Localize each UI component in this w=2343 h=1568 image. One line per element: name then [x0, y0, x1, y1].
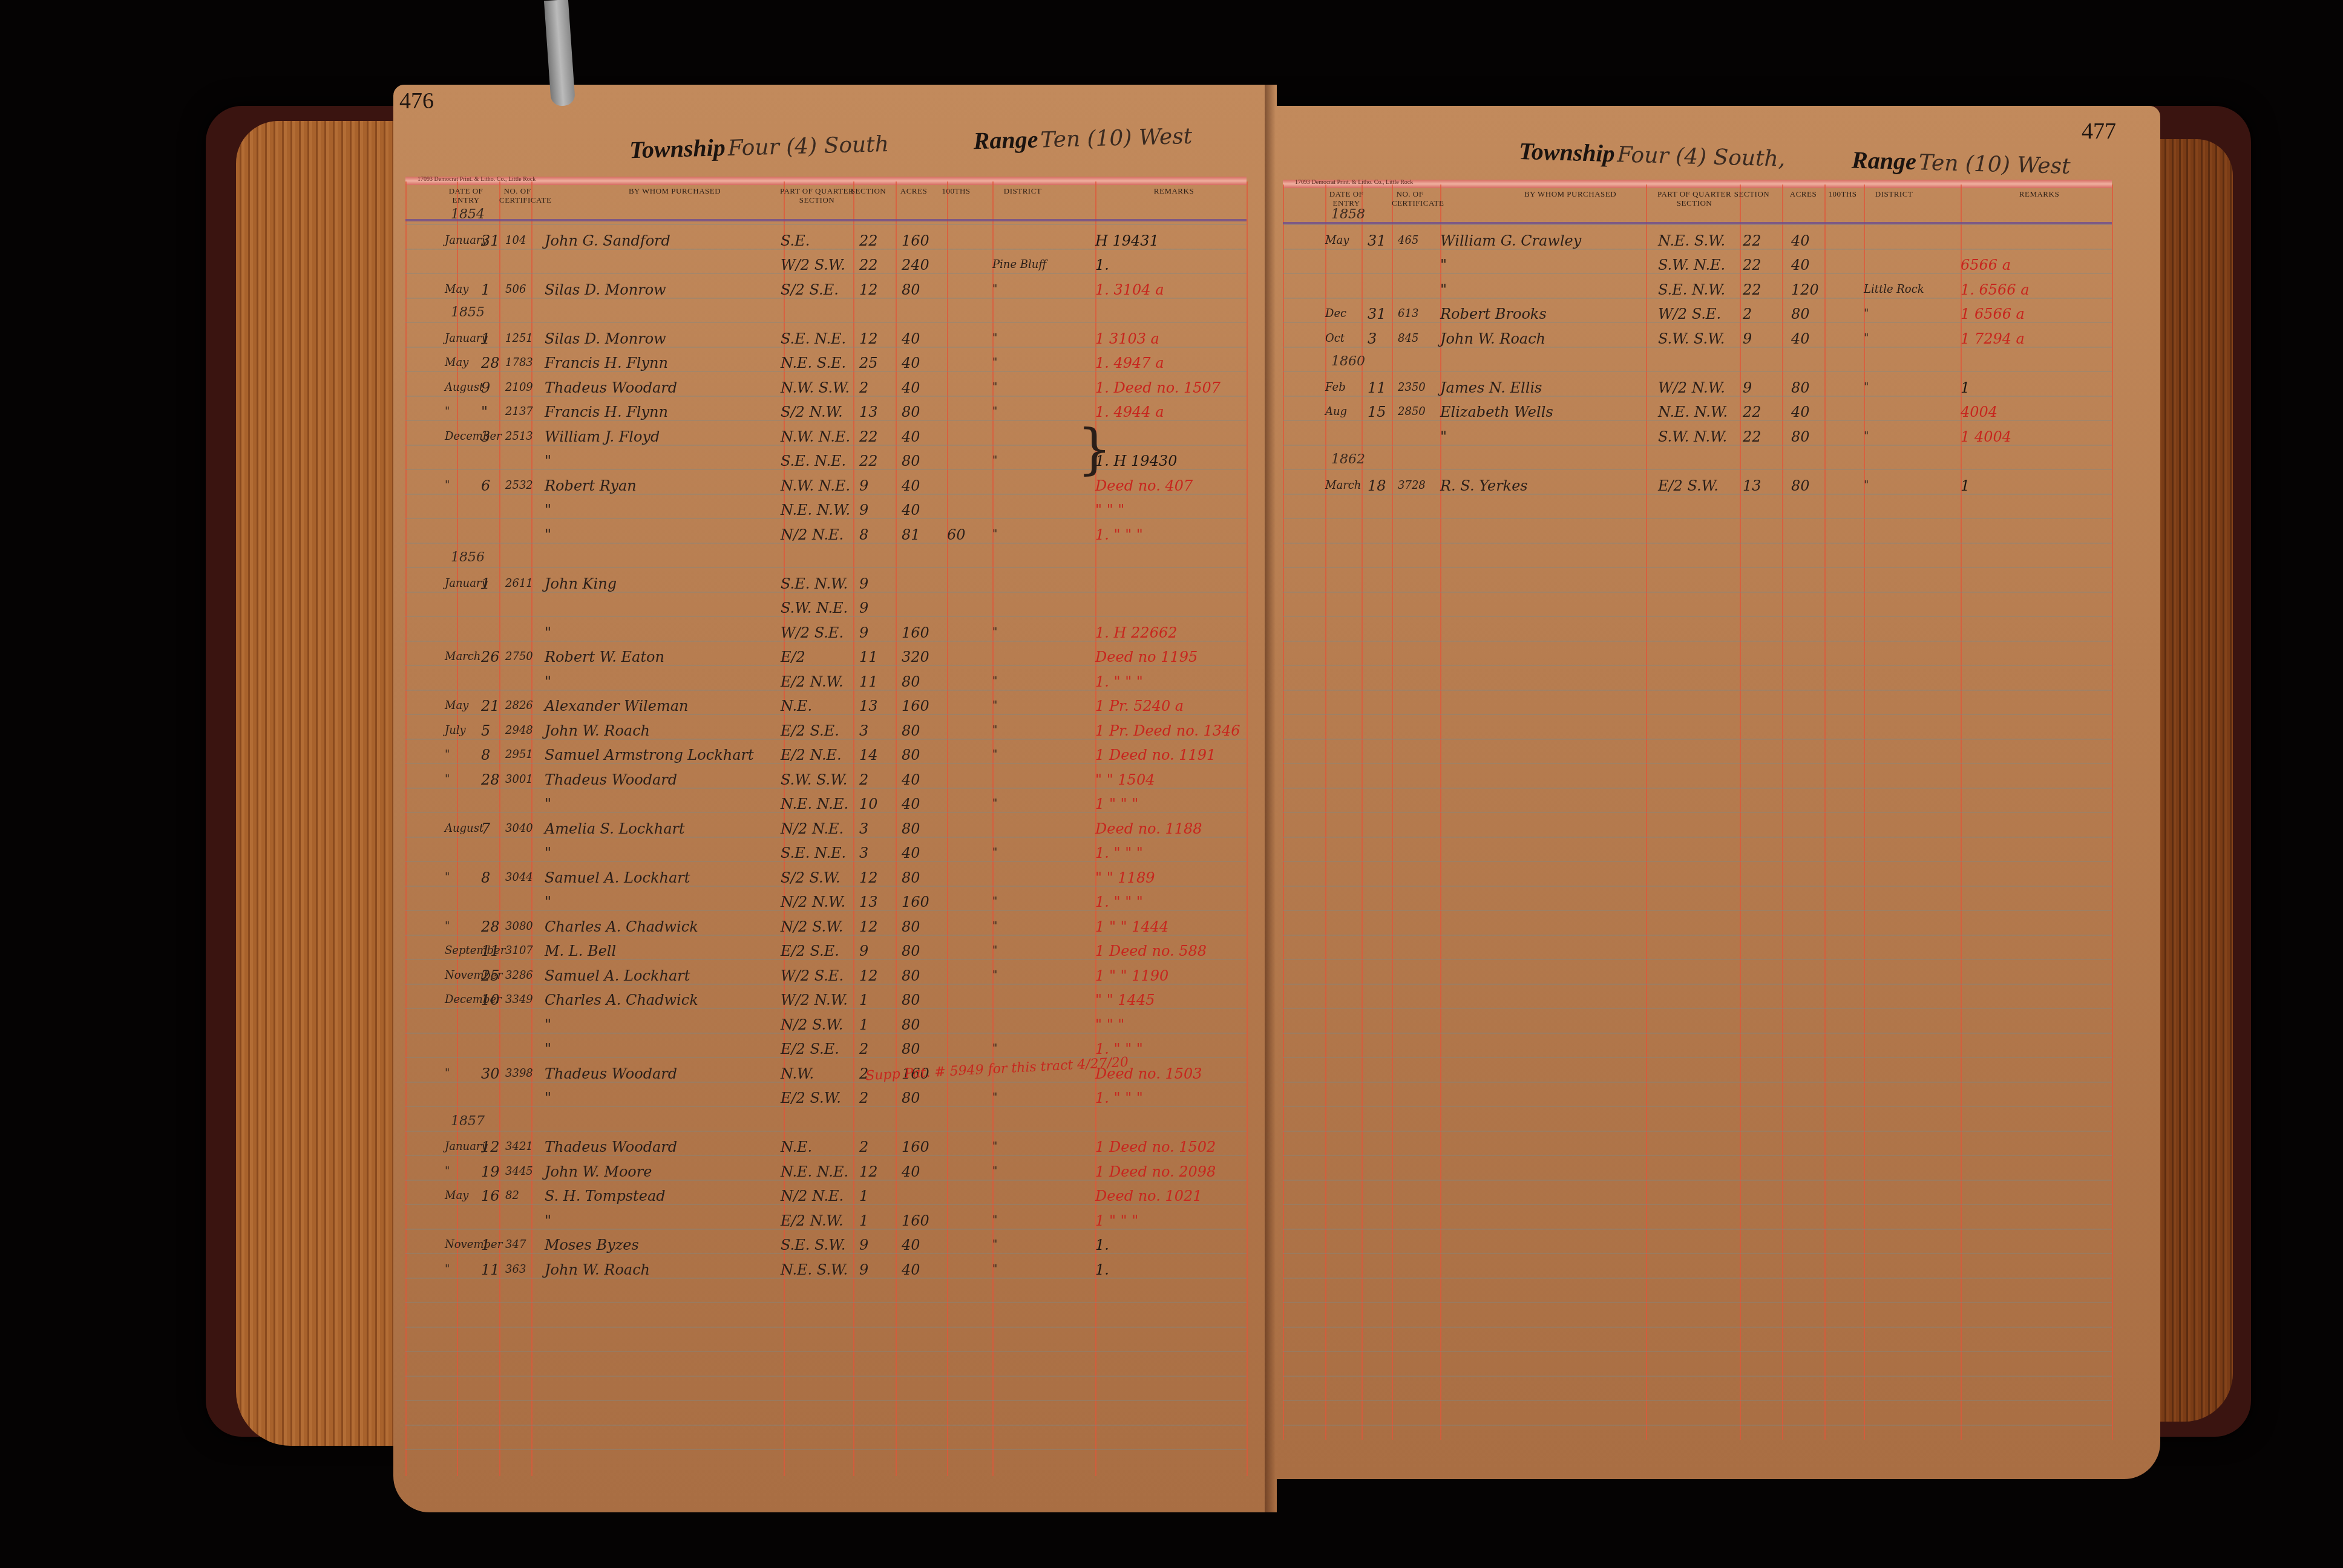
entry-section: 1: [859, 991, 868, 1009]
entry-quarter-section: N/2 S.W.: [781, 1016, 843, 1034]
entry-section: 9: [859, 599, 868, 617]
entry-month: Feb: [1325, 379, 1346, 397]
right-ruled-line: [1283, 518, 2112, 519]
entry-section: 10: [859, 795, 878, 813]
entry-section: 22: [1743, 281, 1761, 299]
entry-certificate: 2532: [505, 477, 533, 495]
entry-section: 13: [859, 403, 878, 421]
entry-purchaser-name: ": [545, 893, 551, 911]
entry-section: 12: [859, 330, 878, 348]
right-ruled-line: [1283, 543, 2112, 544]
entry-district: ": [1864, 305, 1869, 323]
entry-quarter-section: E/2: [781, 648, 805, 666]
entry-day: 3: [1368, 330, 1377, 348]
entry-quarter-section: E/2 S.E.: [781, 942, 839, 960]
entry-remarks: H 19431: [1095, 232, 1159, 250]
entry-day: 1: [481, 330, 490, 348]
right-ruled-line: [1283, 1376, 2112, 1377]
entry-day: 16: [481, 1187, 500, 1205]
right-ruled-line: [1283, 1229, 2112, 1230]
entry-section: 11: [859, 648, 878, 666]
entry-quarter-section: S.W. N.E.: [1658, 256, 1725, 274]
entry-month: July: [445, 722, 466, 740]
entry-district: ": [992, 746, 997, 764]
entry-quarter-section: W/2 N.W.: [1658, 379, 1725, 397]
right-ruled-line: [1283, 371, 2112, 372]
range-label: Range: [1852, 146, 1917, 175]
entry-certificate: 1251: [505, 330, 533, 348]
entry-purchaser-name: Francis H. Flynn: [545, 354, 668, 372]
entry-section: 13: [859, 697, 878, 715]
entry-day: 21: [481, 697, 500, 715]
entry-district: ": [992, 697, 997, 715]
left-column-rule: [1247, 181, 1248, 1476]
entry-day: 31: [1368, 305, 1386, 323]
entry-purchaser-name: ": [1440, 428, 1447, 446]
entry-quarter-section: E/2 S.W.: [1658, 477, 1719, 495]
entry-purchaser-name: John W. Roach: [545, 1261, 650, 1279]
entry-purchaser-name: John W. Roach: [545, 722, 650, 740]
entry-year: 1862: [1331, 452, 1365, 467]
entry-certificate: 1783: [505, 354, 533, 372]
entry-section: 2: [1743, 305, 1752, 323]
entry-remarks: 1. Deed no. 1507: [1095, 379, 1221, 397]
entry-quarter-section: W/2 S.W.: [781, 256, 845, 274]
entry-quarter-section: N/2 N.W.: [781, 893, 845, 911]
entry-certificate: 3286: [505, 967, 533, 985]
entry-section: 12: [859, 1163, 878, 1181]
entry-quarter-section: N.W. N.E.: [781, 428, 850, 446]
entry-district: ": [992, 403, 997, 421]
entry-purchaser-name: ": [545, 1016, 551, 1034]
entry-quarter-section: E/2 N.W.: [781, 673, 844, 691]
entry-acres: 160: [902, 697, 929, 715]
entry-certificate: 3421: [505, 1138, 533, 1156]
entry-section: 25: [859, 354, 878, 372]
entry-certificate: 465: [1398, 232, 1418, 250]
entry-purchaser-name: Samuel Armstrong Lockhart: [545, 746, 754, 764]
entry-section: 12: [859, 918, 878, 936]
entry-day: 6: [481, 477, 490, 495]
left-column-rule: [896, 181, 897, 1476]
right-ruled-line: [1283, 959, 2112, 960]
right-ruled-line: [1283, 886, 2112, 887]
entry-purchaser-name: Thadeus Woodard: [545, 771, 677, 789]
entry-year: 1856: [451, 550, 485, 565]
entry-certificate: 3445: [505, 1163, 533, 1181]
entry-quarter-section: W/2 S.E.: [1658, 305, 1721, 323]
entry-month: ": [445, 1261, 450, 1279]
entry-purchaser-name: ": [545, 795, 551, 813]
entry-section: 9: [859, 942, 868, 960]
entry-acres: 40: [902, 1163, 920, 1181]
entry-certificate: 3728: [1398, 477, 1426, 495]
entry-purchaser-name: John W. Moore: [545, 1163, 652, 1181]
entry-district: ": [992, 893, 997, 911]
entry-remarks: 1 " " ": [1095, 795, 1138, 813]
entry-remarks: 1 " " 1444: [1095, 918, 1168, 936]
right-page-number: 477: [2082, 118, 2116, 145]
entry-remarks: 1: [1961, 477, 1970, 495]
entry-acres: 80: [902, 403, 920, 421]
entry-purchaser-name: Thadeus Woodard: [545, 379, 677, 397]
entry-day: 15: [1368, 403, 1386, 421]
entry-purchaser-name: Thadeus Woodard: [545, 1138, 677, 1156]
right-ruled-line: [1283, 1008, 2112, 1009]
right-col-header: Part of Quarter Section: [1652, 189, 1737, 207]
entry-quarter-section: N.E. S.W.: [1658, 232, 1725, 250]
left-ruled-line: [405, 1327, 1247, 1328]
entry-quarter-section: N.E. S.W.: [781, 1261, 848, 1279]
entry-purchaser-name: ": [545, 1089, 551, 1107]
entry-remarks: 1: [1961, 379, 1970, 397]
entry-quarter-section: W/2 S.E.: [781, 624, 844, 642]
book-gutter: [1265, 85, 1283, 1512]
entry-acres: 320: [902, 648, 929, 666]
range-value: Ten (10) West: [1040, 124, 1193, 153]
left-ruled-line: [405, 567, 1247, 568]
entry-acres: 40: [902, 771, 920, 789]
right-ruled-line: [1283, 616, 2112, 617]
entry-remarks: 1. 6566 a: [1961, 281, 2030, 299]
right-ruled-line: [1283, 1278, 2112, 1279]
left-ruled-line: [405, 1131, 1247, 1132]
entry-remarks: 1. " " ": [1095, 673, 1143, 691]
entry-certificate: 3040: [505, 820, 533, 838]
right-col-header: District: [1852, 189, 1936, 198]
entry-section: 3: [859, 722, 868, 740]
entry-year: 1854: [451, 207, 485, 222]
entry-certificate: 3107: [505, 942, 533, 960]
left-column-rule: [499, 181, 500, 1476]
left-column-rule: [947, 181, 948, 1476]
entry-day: 1: [481, 575, 490, 593]
right-ruled-line: [1283, 1106, 2112, 1107]
entry-purchaser-name: ": [545, 1212, 551, 1230]
entry-month: March: [445, 648, 480, 666]
entry-certificate: 2611: [505, 575, 533, 593]
entry-acres: 40: [1791, 232, 1810, 250]
entry-month: ": [445, 746, 450, 764]
left-col-header: Remarks: [1107, 186, 1240, 195]
entry-month: Aug: [1325, 403, 1347, 421]
entry-acres: 120: [1791, 281, 1819, 299]
entry-acres: 40: [902, 428, 920, 446]
entry-purchaser-name: R. S. Yerkes: [1440, 477, 1528, 495]
entry-quarter-section: W/2 S.E.: [781, 967, 844, 985]
left-ruled-line: [405, 1302, 1247, 1303]
entry-quarter-section: N/2 N.E.: [781, 820, 844, 838]
entry-quarter-section: S/2 N.W.: [781, 403, 843, 421]
entry-day: 12: [481, 1138, 500, 1156]
entry-section: 22: [1743, 428, 1761, 446]
entry-district: Little Rock: [1864, 281, 1924, 299]
entry-acres: 40: [902, 501, 920, 519]
entry-acres: 160: [902, 232, 929, 250]
right-ruled-line: [1283, 739, 2112, 740]
entry-purchaser-name: Elizabeth Wells: [1440, 403, 1553, 421]
entry-quarter-section: S.W. S.W.: [1658, 330, 1725, 348]
entry-year: 1858: [1331, 207, 1365, 222]
right-ruled-line: [1283, 224, 2112, 225]
right-ruled-line: [1283, 665, 2112, 666]
entry-month: ": [445, 1065, 450, 1083]
entry-acres: 40: [902, 379, 920, 397]
right-ruled-line: [1283, 812, 2112, 813]
entry-purchaser-name: ": [545, 673, 551, 691]
entry-purchaser-name: Charles A. Chadwick: [545, 918, 698, 936]
entry-remarks: 1 4004: [1961, 428, 2011, 446]
entry-purchaser-name: William G. Crawley: [1440, 232, 1581, 250]
entry-month: Dec: [1325, 305, 1346, 323]
entry-certificate: 3044: [505, 869, 533, 887]
entry-acres: 80: [902, 820, 920, 838]
entry-purchaser-name: Robert Ryan: [545, 477, 637, 495]
entry-remarks: 1 Deed no. 1502: [1095, 1138, 1216, 1156]
entry-district: ": [992, 330, 997, 348]
entry-section: 13: [1743, 477, 1761, 495]
entry-purchaser-name: Amelia S. Lockhart: [545, 820, 685, 838]
entry-purchaser-name: William J. Floyd: [545, 428, 660, 446]
entry-quarter-section: N.E. N.W.: [781, 501, 850, 519]
entry-day: 28: [481, 354, 500, 372]
entry-certificate: 2109: [505, 379, 533, 397]
entry-certificate: 2750: [505, 648, 533, 666]
entry-quarter-section: N/2 N.E.: [781, 1187, 844, 1205]
entry-certificate: 347: [505, 1236, 526, 1254]
right-ruled-line: [1283, 788, 2112, 789]
left-ruled-line: [405, 322, 1247, 323]
entry-month: Oct: [1325, 330, 1345, 348]
left-page-number: 476: [399, 88, 434, 114]
entry-section: 3: [859, 844, 868, 862]
entry-day: ": [481, 403, 488, 421]
entry-acres: 80: [1791, 477, 1810, 495]
entry-quarter-section: N/2 S.W.: [781, 918, 843, 936]
entry-acres: 40: [902, 1236, 920, 1254]
entry-day: 28: [481, 771, 500, 789]
entry-section: 22: [1743, 403, 1761, 421]
entry-quarter-section: N/2 N.E.: [781, 526, 844, 544]
entry-day: 3: [481, 428, 490, 446]
left-column-rule: [405, 181, 407, 1476]
entry-acres: 80: [1791, 305, 1810, 323]
entry-purchaser-name: ": [545, 844, 551, 862]
entry-district: ": [992, 967, 997, 985]
entry-acres: 80: [902, 918, 920, 936]
entry-certificate: 2826: [505, 697, 533, 715]
right-col-header: Remarks: [1973, 189, 2106, 198]
entry-quarter-section: S.W. S.W.: [781, 771, 847, 789]
entry-day: 1: [481, 1236, 490, 1254]
left-col-header: Acres: [893, 186, 935, 195]
left-ruled-line: [405, 1449, 1247, 1450]
entry-acres: 40: [902, 330, 920, 348]
entry-section: 2: [859, 771, 868, 789]
entry-remarks: 1. " " ": [1095, 844, 1143, 862]
entry-quarter-section: S.W. N.W.: [1658, 428, 1727, 446]
entry-certificate: 613: [1398, 305, 1418, 323]
right-ruled-line: [1283, 861, 2112, 862]
entry-remarks: 1. 3104 a: [1095, 281, 1164, 299]
entry-day: 25: [481, 967, 500, 985]
entry-day: 31: [1368, 232, 1386, 250]
entry-district: ": [992, 722, 997, 740]
entry-quarter-section: E/2 N.W.: [781, 1212, 844, 1230]
entry-district: ": [992, 1089, 997, 1107]
entry-month: May: [445, 1187, 468, 1205]
entry-section: 22: [859, 428, 878, 446]
entry-acres: 80: [902, 722, 920, 740]
entry-month: May: [445, 354, 468, 372]
entry-remarks: 4004: [1961, 403, 1997, 421]
entry-section: 14: [859, 746, 878, 764]
entry-section: 9: [1743, 379, 1752, 397]
right-ruled-line: [1283, 1082, 2112, 1083]
entry-month: ": [445, 918, 450, 936]
entry-district: ": [1864, 330, 1869, 348]
entry-certificate: 2513: [505, 428, 533, 446]
entry-quarter-section: S.E. N.E.: [781, 330, 846, 348]
entry-acres: 160: [902, 1212, 929, 1230]
entry-district: ": [992, 379, 997, 397]
entry-certificate: 3349: [505, 991, 533, 1009]
entry-quarter-section: N.E. S.E.: [781, 354, 846, 372]
entry-section: 12: [859, 869, 878, 887]
entry-remarks: " " ": [1095, 501, 1124, 519]
entry-month: May: [445, 281, 468, 299]
entry-month: ": [445, 403, 450, 421]
entry-remarks: 1.: [1095, 256, 1109, 274]
entry-acres: 80: [902, 967, 920, 985]
entry-remarks: 1 " " 1190: [1095, 967, 1168, 985]
entry-purchaser-name: John G. Sandford: [545, 232, 670, 250]
entry-acres: 40: [902, 477, 920, 495]
right-col-header: Acres: [1782, 189, 1824, 198]
right-ruled-line: [1283, 1327, 2112, 1328]
entry-quarter-section: S.W. N.E.: [781, 599, 848, 617]
entry-year: 1855: [451, 305, 485, 320]
entry-acres: 40: [902, 1261, 920, 1279]
right-ruled-line: [1283, 690, 2112, 691]
entry-purchaser-name: S. H. Tompstead: [545, 1187, 666, 1205]
entry-month: August: [445, 820, 483, 838]
right-ruled-line: [1283, 1204, 2112, 1205]
entry-section: 11: [859, 673, 878, 691]
entry-district: ": [992, 1236, 997, 1254]
township-value: Four (4) South: [727, 132, 889, 161]
entry-remarks: 1 Deed no. 2098: [1095, 1163, 1216, 1181]
entry-certificate: 104: [505, 232, 526, 250]
right-col-header: No. of Certificate: [1392, 189, 1428, 207]
right-ruled-line: [1283, 763, 2112, 764]
entry-remarks: 1. " " ": [1095, 526, 1143, 544]
entry-district: Pine Bluff: [992, 256, 1046, 274]
entry-purchaser-name: Silas D. Monrow: [545, 281, 666, 299]
entry-day: 26: [481, 648, 500, 666]
entry-day: 8: [481, 746, 490, 764]
entry-month: November: [445, 1236, 502, 1254]
entry-month: ": [445, 771, 450, 789]
right-ruled-line: [1283, 469, 2112, 470]
entry-section: 9: [859, 1261, 868, 1279]
entry-remarks: 1 " " ": [1095, 1212, 1138, 1230]
entry-section: 2: [859, 379, 868, 397]
entry-month: August: [445, 379, 483, 397]
entry-purchaser-name: Moses Byzes: [545, 1236, 639, 1254]
entry-month: ": [445, 1163, 450, 1181]
entry-acres: 80: [1791, 379, 1810, 397]
entry-month: May: [445, 697, 468, 715]
entry-purchaser-name: Samuel A. Lockhart: [545, 869, 690, 887]
entry-remarks: 6566 a: [1961, 256, 2011, 274]
entry-remarks: 1 7294 a: [1961, 330, 2025, 348]
entry-quarter-section: E/2 N.E.: [781, 746, 842, 764]
right-ruled-line: [1283, 714, 2112, 715]
entry-quarter-section: N.E.: [781, 1138, 812, 1156]
entry-certificate: 2948: [505, 722, 533, 740]
entry-section: 1: [859, 1016, 868, 1034]
entry-district: ": [992, 281, 997, 299]
entry-quarter-section: N.E.: [781, 697, 812, 715]
entry-remarks: 1. 4947 a: [1095, 354, 1164, 372]
entry-certificate: 845: [1398, 330, 1418, 348]
entry-district: ": [992, 1138, 997, 1156]
entry-quarter-section: S/2 S.W.: [781, 869, 841, 887]
left-ruled-line: [405, 1376, 1247, 1377]
entry-section: 2: [859, 1138, 868, 1156]
entry-quarter-section: S.E.: [781, 232, 810, 250]
left-col-header: Section: [847, 186, 890, 195]
entry-quarter-section: N.W.: [781, 1065, 814, 1083]
entry-day: 11: [481, 942, 500, 960]
left-col-header: Date of Entry: [445, 186, 487, 204]
entry-section: 12: [859, 967, 878, 985]
entry-day: 11: [481, 1261, 500, 1279]
entry-section: 13: [859, 893, 878, 911]
entry-purchaser-name: ": [545, 526, 551, 544]
entry-quarter-section: N.W. S.W.: [781, 379, 850, 397]
right-ruled-line: [1283, 837, 2112, 838]
entry-quarter-section: E/2 S.E.: [781, 1040, 839, 1058]
right-ruled-line: [1283, 1351, 2112, 1352]
township-label: Township: [1519, 137, 1616, 167]
entry-day: 7: [481, 820, 490, 838]
entry-section: 9: [859, 624, 868, 642]
entry-day: 18: [1368, 477, 1386, 495]
entry-purchaser-name: M. L. Bell: [545, 942, 616, 960]
right-ruled-line: [1283, 641, 2112, 642]
right-ruled-line: [1283, 1302, 2112, 1303]
entry-purchaser-name: Robert W. Eaton: [545, 648, 664, 666]
entry-remarks: 1 Deed no. 588: [1095, 942, 1207, 960]
entry-month: May: [1325, 232, 1349, 250]
entry-remarks: Deed no 1195: [1095, 648, 1198, 666]
right-ruled-line: [1283, 1180, 2112, 1181]
entry-remarks: 1 Deed no. 1191: [1095, 746, 1216, 764]
entry-section: 9: [859, 1236, 868, 1254]
right-ruled-line: [1283, 1131, 2112, 1132]
range-value: Ten (10) West: [1918, 150, 2071, 179]
entry-year: 1857: [451, 1114, 485, 1129]
right-col-header: Section: [1731, 189, 1773, 198]
entry-section: 9: [1743, 330, 1752, 348]
entry-section: 8: [859, 526, 868, 544]
township-value: Four (4) South,: [1617, 142, 1786, 171]
left-col-header: District: [980, 186, 1065, 195]
entry-certificate: 506: [505, 281, 526, 299]
entry-district: ": [992, 795, 997, 813]
